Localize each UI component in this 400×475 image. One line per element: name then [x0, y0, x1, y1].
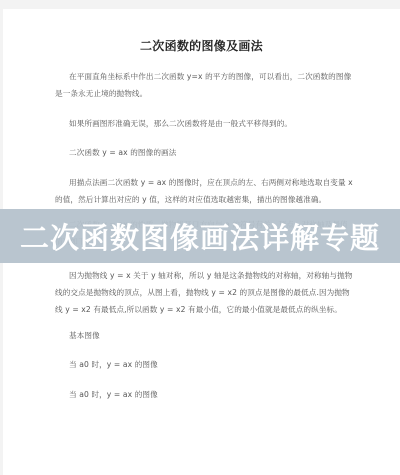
- paragraph-intro: 在平面直角坐标系中作出二次函数 y=x 的平方的图像，可以看出，二次函数的图像是…: [55, 68, 355, 102]
- banner-title: 二次函数图像画法详解专题: [20, 216, 380, 257]
- paragraph-translation: 如果所画图形准确无误，那么二次函数将是由一般式平移得到的。: [55, 115, 355, 132]
- paragraph-plotting: 用描点法画二次函数 y = ax 的图像时，应在顶点的左、右两侧对称地选取自变量…: [55, 174, 355, 208]
- document-title: 二次函数的图像及画法: [3, 37, 400, 54]
- section-heading-basic-graph: 基本图像: [69, 327, 369, 344]
- title-banner: 二次函数图像画法详解专题: [0, 209, 400, 263]
- paragraph-symmetry: 因为抛物线 y = x 关于 y 轴对称，所以 y 轴是这条抛物线的对称轴，对称…: [55, 267, 355, 318]
- section-heading-drawing-method: 二次函数 y = ax 的图像的画法: [69, 144, 369, 161]
- list-item-a-negative: 当 a0 时，y = ax 的图像: [69, 386, 369, 403]
- list-item-a-positive: 当 a0 时，y = ax 的图像: [69, 356, 369, 373]
